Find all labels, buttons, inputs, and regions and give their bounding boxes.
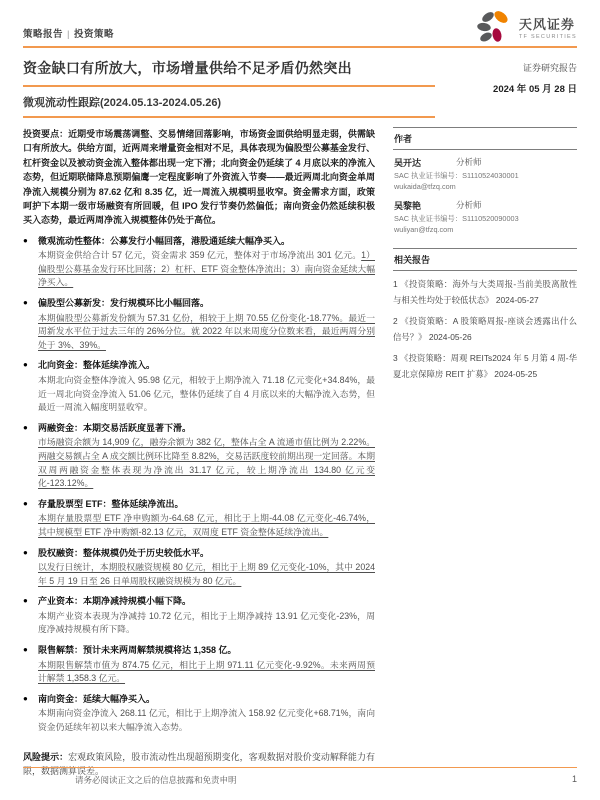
brand-name-cn: 天风证券 [519, 14, 577, 33]
bullet-dot-icon: ● [23, 359, 38, 414]
brand-name-en: TF SECURITIES [519, 34, 577, 40]
bullet-body: 本期存量股票型 ETF 净申购额为-64.68 亿元，相比于上期-44.08 亿… [38, 512, 375, 539]
list-item: ● 微观流动性整体：公募发行小幅回落，港股通延续大幅净买入。 本期资金供给合计 … [23, 235, 375, 290]
author-name: 吴黎艳 [394, 199, 456, 212]
bullet-body: 本期南向资金净流入 268.11 亿元，相比于上期净流入 158.92 亿元变化… [38, 707, 375, 734]
author-entry: 吴黎艳 分析师 SAC 执业证书编号：S1110520090003 wuliya… [393, 193, 577, 236]
report-meta: 证券研究报告 2024 年 05 月 28 日 [435, 48, 577, 118]
report-date: 2024 年 05 月 28 日 [435, 81, 577, 95]
related-reports-section: 相关报告 1 《投资策略：海外与大类周报-当前美股离散性与相关性均处于较低状态》… [393, 248, 577, 382]
bullet-heading: 南向资金：延续大幅净买入。 [38, 693, 375, 707]
list-item: ● 存量股票型 ETF：整体延续净流出。 本期存量股票型 ETF 净申购额为-6… [23, 498, 375, 540]
bullet-heading: 微观流动性整体：公募发行小幅回落，港股通延续大幅净买入。 [38, 235, 375, 249]
bullet-heading: 产业资本：本期净减持规模小幅下降。 [38, 595, 375, 609]
bullet-content: 存量股票型 ETF：整体延续净流出。 本期存量股票型 ETF 净申购额为-64.… [38, 498, 375, 540]
list-item: ● 产业资本：本期净减持规模小幅下降。 本期产业资本表现为净减持 10.72 亿… [23, 595, 375, 637]
bullet-content: 产业资本：本期净减持规模小幅下降。 本期产业资本表现为净减持 10.72 亿元，… [38, 595, 375, 637]
bullet-heading: 北向资金：整体延续净流入。 [38, 359, 375, 373]
author-row: 吴开达 分析师 [394, 156, 576, 169]
bullet-body: 本期限售解禁市值为 874.75 亿元，相比于上期 971.11 亿元变化-9.… [38, 659, 375, 686]
bullet-dot-icon: ● [23, 422, 38, 491]
body-column: 投资要点：近期受市场震荡调整、交易情绪回落影响，市场资金面供给明显走弱，供需缺口… [23, 127, 375, 778]
report-type-label: 证券研究报告 [435, 61, 577, 74]
bullet-content: 两融资金：本期交易活跃度显著下滑。 市场融资余额为 14,909 亿，融券余额为… [38, 422, 375, 491]
bullet-content: 南向资金：延续大幅净买入。 本期南向资金净流入 268.11 亿元，相比于上期净… [38, 693, 375, 735]
bullet-body: 本期资金供给合计 57 亿元，资金需求 359 亿元，整体对于市场净流出 301… [38, 249, 375, 290]
sidebar: 作者 吴开达 分析师 SAC 执业证书编号：S1110524030001 wuk… [393, 127, 577, 778]
bullet-body: 本期偏股型公募新发份额为 57.31 亿份，相较于上期 70.55 亿份变化-1… [38, 312, 375, 353]
bullet-dot-icon: ● [23, 644, 38, 686]
category-label: 策略报告 [23, 29, 63, 40]
tf-securities-logo-icon [477, 10, 513, 43]
risk-label: 风险提示： [23, 752, 68, 762]
bullet-body-underlined: 本期限售解禁市值为 874.75 亿元，相比于上期 971.11 亿元变化-9.… [38, 660, 375, 684]
author-role: 分析师 [456, 156, 482, 169]
bullet-content: 股权融资：整体规模仍处于历史较低水平。 以发行日统计，本期股权融资规模 80 亿… [38, 547, 375, 589]
bullet-content: 偏股型公募新发：发行规模环比小幅回落。 本期偏股型公募新发份额为 57.31 亿… [38, 297, 375, 352]
report-page: 策略报告|投资策略 天风证券 TF SECURITIES 资金缺口有所放大，市场… [0, 0, 600, 800]
page-title: 资金缺口有所放大，市场增量供给不足矛盾仍然突出 [23, 48, 435, 87]
related-report-link[interactable]: 2 《投资策略：A 股策略周报-座谈会透露出什么信号？》 2024-05-26 [393, 314, 577, 345]
report-category: 策略报告|投资策略 [23, 26, 114, 43]
author-row: 吴黎艳 分析师 [394, 199, 576, 212]
author-sac-number: SAC 执业证书编号：S1110524030001 [394, 171, 576, 181]
author-role: 分析师 [456, 199, 482, 212]
category-separator: | [63, 29, 74, 40]
authors-header: 作者 [393, 127, 577, 150]
brand-block: 天风证券 TF SECURITIES [477, 10, 577, 43]
bullet-body-plain: 本期产业资本表现为净减持 10.72 亿元，相比于上期净减持 13.91 亿元变… [38, 611, 375, 635]
bullet-content: 限售解禁：预计未来两周解禁规模将达 1,358 亿。 本期限售解禁市值为 874… [38, 644, 375, 686]
bullet-heading: 偏股型公募新发：发行规模环比小幅回落。 [38, 297, 375, 311]
bullet-body: 市场融资余额为 14,909 亿，融券余额为 382 亿，整体占全 A 流通市值… [38, 436, 375, 491]
bullet-list: ● 微观流动性整体：公募发行小幅回落，港股通延续大幅净买入。 本期资金供给合计 … [23, 235, 375, 735]
list-item: ● 限售解禁：预计未来两周解禁规模将达 1,358 亿。 本期限售解禁市值为 8… [23, 644, 375, 686]
author-name: 吴开达 [394, 156, 456, 169]
bullet-dot-icon: ● [23, 547, 38, 589]
bullet-dot-icon: ● [23, 297, 38, 352]
title-block: 资金缺口有所放大，市场增量供给不足矛盾仍然突出 微观流动性跟踪(2024.05.… [23, 48, 435, 118]
bullet-dot-icon: ● [23, 693, 38, 735]
bullet-body: 以发行日统计，本期股权融资规模 80 亿元，相比于上期 89 亿元变化-10%，… [38, 561, 375, 588]
bullet-dot-icon: ● [23, 235, 38, 290]
brand-names: 天风证券 TF SECURITIES [519, 14, 577, 40]
page-footer: 请务必阅读正文之后的信息披露和免责申明 1 [23, 767, 577, 786]
bullet-body: 本期北向资金整体净流入 95.98 亿元，相较于上期净流入 71.18 亿元变化… [38, 374, 375, 415]
bullet-body-plain: 本期北向资金整体净流入 95.98 亿元，相较于上期净流入 71.18 亿元变化… [38, 375, 375, 412]
subcategory-label: 投资策略 [74, 29, 114, 40]
bullet-body-plain: 本期南向资金净流入 268.11 亿元，相比于上期净流入 158.92 亿元变化… [38, 708, 375, 732]
author-sac-number: SAC 执业证书编号：S1110520090003 [394, 214, 576, 224]
title-area: 资金缺口有所放大，市场增量供给不足矛盾仍然突出 微观流动性跟踪(2024.05.… [23, 48, 577, 118]
list-item: ● 偏股型公募新发：发行规模环比小幅回落。 本期偏股型公募新发份额为 57.31… [23, 297, 375, 352]
page-subtitle: 微观流动性跟踪(2024.05.13-2024.05.26) [23, 87, 435, 118]
list-item: ● 两融资金：本期交易活跃度显著下滑。 市场融资余额为 14,909 亿，融券余… [23, 422, 375, 491]
bullet-body-underlined: 以发行日统计，本期股权融资规模 80 亿元，相比于上期 89 亿元变化-10%，… [38, 562, 375, 586]
related-reports-header: 相关报告 [393, 248, 577, 271]
list-item: ● 南向资金：延续大幅净买入。 本期南向资金净流入 268.11 亿元，相比于上… [23, 693, 375, 735]
author-email[interactable]: wukaida@tfzq.com [394, 182, 576, 191]
content-columns: 投资要点：近期受市场震荡调整、交易情绪回落影响，市场资金面供给明显走弱，供需缺口… [23, 127, 577, 778]
bullet-dot-icon: ● [23, 498, 38, 540]
bullet-content: 微观流动性整体：公募发行小幅回落，港股通延续大幅净买入。 本期资金供给合计 57… [38, 235, 375, 290]
footer-disclaimer: 请务必阅读正文之后的信息披露和免责申明 [75, 774, 237, 786]
bullet-heading: 股权融资：整体规模仍处于历史较低水平。 [38, 547, 375, 561]
investment-summary: 投资要点：近期受市场震荡调整、交易情绪回落影响，市场资金面供给明显走弱，供需缺口… [23, 127, 375, 228]
bullet-body: 本期产业资本表现为净减持 10.72 亿元，相比于上期净减持 13.91 亿元变… [38, 610, 375, 637]
author-email[interactable]: wuliyan@tfzq.com [394, 225, 576, 234]
bullet-heading: 限售解禁：预计未来两周解禁规模将达 1,358 亿。 [38, 644, 375, 658]
bullet-dot-icon: ● [23, 595, 38, 637]
author-entry: 吴开达 分析师 SAC 执业证书编号：S1110524030001 wukaid… [393, 150, 577, 193]
bullet-heading: 两融资金：本期交易活跃度显著下滑。 [38, 422, 375, 436]
bullet-body-plain: 本期资金供给合计 57 亿元，资金需求 359 亿元，整体对于市场净流出 301… [38, 250, 361, 260]
related-report-link[interactable]: 1 《投资策略：海外与大类周报-当前美股离散性与相关性均处于较低状态》 2024… [393, 277, 577, 308]
related-report-link[interactable]: 3 《投资策略：周观 REITs2024 年 5 月第 4 周-华夏北京保障房 … [393, 351, 577, 382]
bullet-heading: 存量股票型 ETF：整体延续净流出。 [38, 498, 375, 512]
page-number: 1 [572, 774, 577, 786]
bullet-body-underlined: 本期存量股票型 ETF 净申购额为-64.68 亿元，相比于上期-44.08 亿… [38, 513, 375, 537]
list-item: ● 股权融资：整体规模仍处于历史较低水平。 以发行日统计，本期股权融资规模 80… [23, 547, 375, 589]
bullet-content: 北向资金：整体延续净流入。 本期北向资金整体净流入 95.98 亿元，相较于上期… [38, 359, 375, 414]
bullet-body-underlined: 本期偏股型公募新发份额为 57.31 亿份，相较于上期 70.55 亿份变化-1… [38, 313, 375, 350]
header-band: 策略报告|投资策略 天风证券 TF SECURITIES [23, 12, 577, 48]
list-item: ● 北向资金：整体延续净流入。 本期北向资金整体净流入 95.98 亿元，相较于… [23, 359, 375, 414]
bullet-body-underlined: 市场融资余额为 14,909 亿，融券余额为 382 亿，整体占全 A 流通市值… [38, 437, 375, 488]
